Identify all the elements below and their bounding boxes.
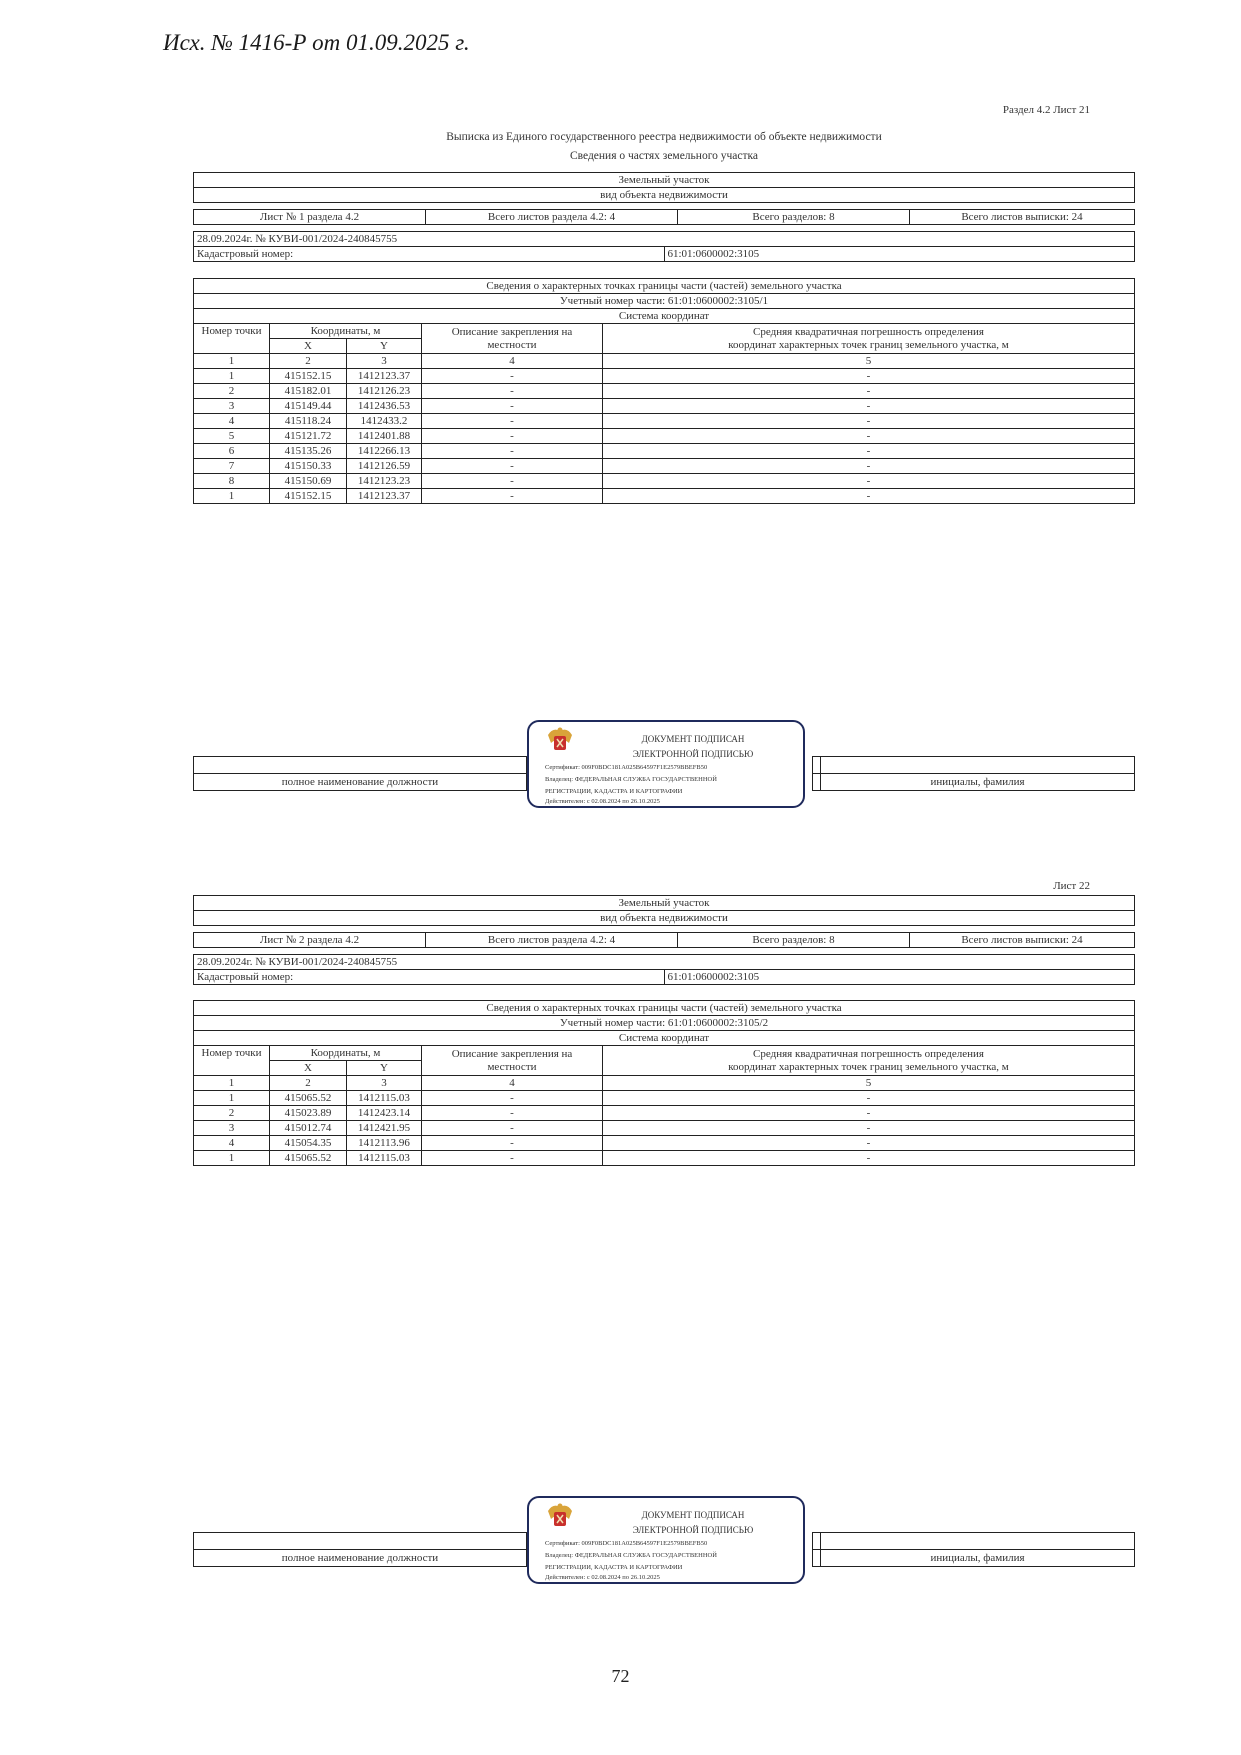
- part-number: Учетный номер части: 61:01:0600002:3105/…: [194, 294, 1135, 309]
- cell-n: 5: [194, 429, 270, 444]
- header-coords: Координаты, м: [270, 324, 422, 339]
- cell-err: -: [603, 1151, 1135, 1166]
- cell-x: 415150.69: [270, 474, 347, 489]
- cell-err: -: [603, 1091, 1135, 1106]
- cell-y: 1412126.23: [347, 384, 422, 399]
- name-caption: инициалы, фамилия: [821, 774, 1135, 791]
- cell-err: -: [603, 429, 1135, 444]
- cell-err: -: [603, 1106, 1135, 1121]
- cell-x: 415152.15: [270, 489, 347, 504]
- total-sheets-extract: Всего листов выписки: 24: [910, 210, 1135, 225]
- sheet1-header: Земельный участок вид объекта недвижимос…: [193, 172, 1135, 262]
- object-type-caption: вид объекта недвижимости: [194, 911, 1135, 926]
- table-row: 5415121.721412401.88--: [194, 429, 1135, 444]
- cell-n: 1: [194, 1151, 270, 1166]
- cell-y: 1412123.37: [347, 489, 422, 504]
- col-number: 1: [194, 1076, 270, 1091]
- cell-y: 1412115.03: [347, 1151, 422, 1166]
- col-number: 5: [603, 354, 1135, 369]
- total-sections: Всего разделов: 8: [678, 210, 910, 225]
- sheet-info-table: Лист № 1 раздела 4.2 Всего листов раздел…: [193, 209, 1135, 225]
- cell-err: -: [603, 414, 1135, 429]
- header-description: Описание закрепления на местности: [422, 324, 603, 354]
- section-sheet-label: Лист 22: [900, 880, 1090, 892]
- sheet-info-table: Лист № 2 раздела 4.2 Всего листов раздел…: [193, 932, 1135, 948]
- table-row: 7415150.331412126.59--: [194, 459, 1135, 474]
- points-title: Сведения о характерных точках границы ча…: [194, 1001, 1135, 1016]
- col-number: 5: [603, 1076, 1135, 1091]
- cell-x: 415023.89: [270, 1106, 347, 1121]
- cell-desc: -: [422, 1106, 603, 1121]
- sheet2-points: Сведения о характерных точках границы ча…: [193, 1000, 1135, 1166]
- cell-y: 1412123.37: [347, 369, 422, 384]
- total-sections: Всего разделов: 8: [678, 933, 910, 948]
- cell-n: 2: [194, 384, 270, 399]
- cadastral-label: Кадастровый номер:: [194, 970, 665, 985]
- sheet-number: Лист № 1 раздела 4.2: [194, 210, 426, 225]
- cell-err: -: [603, 369, 1135, 384]
- stamp-line1: ДОКУМЕНТ ПОДПИСАН: [589, 734, 797, 744]
- cell-y: 1412123.23: [347, 474, 422, 489]
- cell-n: 7: [194, 459, 270, 474]
- e-signature-stamp: ДОКУМЕНТ ПОДПИСАН ЭЛЕКТРОННОЙ ПОДПИСЬЮ С…: [527, 1496, 805, 1584]
- total-sheets-extract: Всего листов выписки: 24: [910, 933, 1135, 948]
- stamp-owner2: РЕГИСТРАЦИИ, КАДАСТРА И КАРТОГРАФИИ: [545, 788, 682, 795]
- sheet1-points: Сведения о характерных точках границы ча…: [193, 278, 1135, 504]
- header-point-no: Номер точки: [194, 324, 270, 354]
- cell-n: 1: [194, 489, 270, 504]
- cell-err: -: [603, 474, 1135, 489]
- cell-n: 3: [194, 1121, 270, 1136]
- cell-err: -: [603, 384, 1135, 399]
- header-x: X: [270, 1061, 347, 1076]
- table-row: 1415065.521412115.03--: [194, 1091, 1135, 1106]
- stamp-validity: Действителен: с 02.08.2024 по 26.10.2025: [545, 1574, 660, 1581]
- cell-y: 1412113.96: [347, 1136, 422, 1151]
- extract-info-table: 28.09.2024г. № КУВИ-001/2024-240845755 К…: [193, 954, 1135, 985]
- cell-x: 415054.35: [270, 1136, 347, 1151]
- cell-desc: -: [422, 444, 603, 459]
- cell-err: -: [603, 1121, 1135, 1136]
- cadastral-number: 61:01:0600002:3105: [664, 970, 1135, 985]
- cell-n: 4: [194, 414, 270, 429]
- table-row: 4415054.351412113.96--: [194, 1136, 1135, 1151]
- cell-x: 415012.74: [270, 1121, 347, 1136]
- cell-desc: -: [422, 489, 603, 504]
- header-y: Y: [347, 1061, 422, 1076]
- table-row: 8415150.691412123.23--: [194, 474, 1135, 489]
- cell-y: 1412126.59: [347, 459, 422, 474]
- cell-y: 1412436.53: [347, 399, 422, 414]
- stamp-line2: ЭЛЕКТРОННОЙ ПОДПИСЬЮ: [589, 749, 797, 759]
- header-error: Средняя квадратичная погрешность определ…: [603, 324, 1135, 354]
- cell-err: -: [603, 1136, 1135, 1151]
- col-number: 2: [270, 1076, 347, 1091]
- object-type: Земельный участок: [194, 173, 1135, 188]
- points-table: Сведения о характерных точках границы ча…: [193, 278, 1135, 504]
- cell-y: 1412401.88: [347, 429, 422, 444]
- table-row: 2415182.011412126.23--: [194, 384, 1135, 399]
- stamp-certificate: Сертификат: 009F0BDC181A025B64597F1E2579…: [545, 764, 707, 771]
- cell-x: 415065.52: [270, 1091, 347, 1106]
- cell-desc: -: [422, 1121, 603, 1136]
- stamp-validity: Действителен: с 02.08.2024 по 26.10.2025: [545, 798, 660, 805]
- cell-n: 3: [194, 399, 270, 414]
- document-subtitle: Сведения о частях земельного участка: [193, 150, 1135, 162]
- header-x: X: [270, 339, 347, 354]
- stamp-certificate: Сертификат: 009F0BDC181A025B64597F1E2579…: [545, 1540, 707, 1547]
- cell-n: 4: [194, 1136, 270, 1151]
- header-description: Описание закрепления на местности: [422, 1046, 603, 1076]
- cell-desc: -: [422, 369, 603, 384]
- cadastral-number: 61:01:0600002:3105: [664, 247, 1135, 262]
- cell-y: 1412423.14: [347, 1106, 422, 1121]
- coordinate-system: Система координат: [194, 1031, 1135, 1046]
- table-row: 1415065.521412115.03--: [194, 1151, 1135, 1166]
- cell-x: 415135.26: [270, 444, 347, 459]
- cell-desc: -: [422, 1151, 603, 1166]
- extract-id: 28.09.2024г. № КУВИ-001/2024-240845755: [194, 232, 1135, 247]
- total-sheets-section: Всего листов раздела 4.2: 4: [426, 933, 678, 948]
- cell-err: -: [603, 444, 1135, 459]
- stamp-line1: ДОКУМЕНТ ПОДПИСАН: [589, 1510, 797, 1520]
- col-number: 1: [194, 354, 270, 369]
- table-row: 1415152.151412123.37--: [194, 369, 1135, 384]
- cell-y: 1412115.03: [347, 1091, 422, 1106]
- points-rows: 1415065.521412115.03--2415023.891412423.…: [194, 1091, 1135, 1166]
- extract-info-table: 28.09.2024г. № КУВИ-001/2024-240845755 К…: [193, 231, 1135, 262]
- document-title: Выписка из Единого государственного реес…: [193, 131, 1135, 143]
- cell-x: 415121.72: [270, 429, 347, 444]
- points-title: Сведения о характерных точках границы ча…: [194, 279, 1135, 294]
- position-caption: полное наименование должности: [194, 774, 527, 791]
- cell-desc: -: [422, 459, 603, 474]
- cell-n: 8: [194, 474, 270, 489]
- cell-desc: -: [422, 399, 603, 414]
- cell-y: 1412421.95: [347, 1121, 422, 1136]
- table-row: 6415135.261412266.13--: [194, 444, 1135, 459]
- extract-id: 28.09.2024г. № КУВИ-001/2024-240845755: [194, 955, 1135, 970]
- sheet2-header: Земельный участок вид объекта недвижимос…: [193, 895, 1135, 985]
- cell-desc: -: [422, 414, 603, 429]
- cell-x: 415152.15: [270, 369, 347, 384]
- col-number: 4: [422, 1076, 603, 1091]
- table-row: 1415152.151412123.37--: [194, 489, 1135, 504]
- stamp-owner2: РЕГИСТРАЦИИ, КАДАСТРА И КАРТОГРАФИИ: [545, 1564, 682, 1571]
- part-number: Учетный номер части: 61:01:0600002:3105/…: [194, 1016, 1135, 1031]
- points-table: Сведения о характерных точках границы ча…: [193, 1000, 1135, 1166]
- col-number: 2: [270, 354, 347, 369]
- table-row: 3415149.441412436.53--: [194, 399, 1135, 414]
- stamp-line2: ЭЛЕКТРОННОЙ ПОДПИСЬЮ: [589, 1525, 797, 1535]
- section-sheet-label: Раздел 4.2 Лист 21: [900, 104, 1090, 116]
- coat-of-arms-icon: [545, 1501, 575, 1533]
- header-coords: Координаты, м: [270, 1046, 422, 1061]
- total-sheets-section: Всего листов раздела 4.2: 4: [426, 210, 678, 225]
- cell-err: -: [603, 459, 1135, 474]
- header-error: Средняя квадратичная погрешность определ…: [603, 1046, 1135, 1076]
- coordinate-system: Система координат: [194, 309, 1135, 324]
- points-rows: 1415152.151412123.37--2415182.011412126.…: [194, 369, 1135, 504]
- sheet-number: Лист № 2 раздела 4.2: [194, 933, 426, 948]
- cell-desc: -: [422, 384, 603, 399]
- cell-err: -: [603, 489, 1135, 504]
- col-number: 3: [347, 354, 422, 369]
- cell-desc: -: [422, 429, 603, 444]
- header-point-no: Номер точки: [194, 1046, 270, 1076]
- cell-desc: -: [422, 1136, 603, 1151]
- cell-n: 1: [194, 1091, 270, 1106]
- table-row: 3415012.741412421.95--: [194, 1121, 1135, 1136]
- e-signature-stamp: ДОКУМЕНТ ПОДПИСАН ЭЛЕКТРОННОЙ ПОДПИСЬЮ С…: [527, 720, 805, 808]
- outgoing-reference: Исх. № 1416-Р от 01.09.2025 г.: [163, 30, 470, 56]
- cell-x: 415065.52: [270, 1151, 347, 1166]
- cell-x: 415118.24: [270, 414, 347, 429]
- object-type-table: Земельный участок вид объекта недвижимос…: [193, 172, 1135, 203]
- cell-x: 415149.44: [270, 399, 347, 414]
- cadastral-label: Кадастровый номер:: [194, 247, 665, 262]
- object-type-caption: вид объекта недвижимости: [194, 188, 1135, 203]
- cell-n: 2: [194, 1106, 270, 1121]
- page-number: 72: [0, 1666, 1241, 1687]
- name-caption: инициалы, фамилия: [821, 1550, 1135, 1567]
- cell-n: 1: [194, 369, 270, 384]
- cell-y: 1412433.2: [347, 414, 422, 429]
- cell-err: -: [603, 399, 1135, 414]
- table-row: 2415023.891412423.14--: [194, 1106, 1135, 1121]
- stamp-owner: Владелец: ФЕДЕРАЛЬНАЯ СЛУЖБА ГОСУДАРСТВЕ…: [545, 776, 717, 783]
- cell-desc: -: [422, 1091, 603, 1106]
- cell-x: 415150.33: [270, 459, 347, 474]
- col-number: 4: [422, 354, 603, 369]
- stamp-owner: Владелец: ФЕДЕРАЛЬНАЯ СЛУЖБА ГОСУДАРСТВЕ…: [545, 1552, 717, 1559]
- coat-of-arms-icon: [545, 725, 575, 757]
- col-number: 3: [347, 1076, 422, 1091]
- table-row: 4415118.241412433.2--: [194, 414, 1135, 429]
- cell-y: 1412266.13: [347, 444, 422, 459]
- object-type-table: Земельный участок вид объекта недвижимос…: [193, 895, 1135, 926]
- cell-desc: -: [422, 474, 603, 489]
- cell-n: 6: [194, 444, 270, 459]
- cell-x: 415182.01: [270, 384, 347, 399]
- position-caption: полное наименование должности: [194, 1550, 527, 1567]
- object-type: Земельный участок: [194, 896, 1135, 911]
- header-y: Y: [347, 339, 422, 354]
